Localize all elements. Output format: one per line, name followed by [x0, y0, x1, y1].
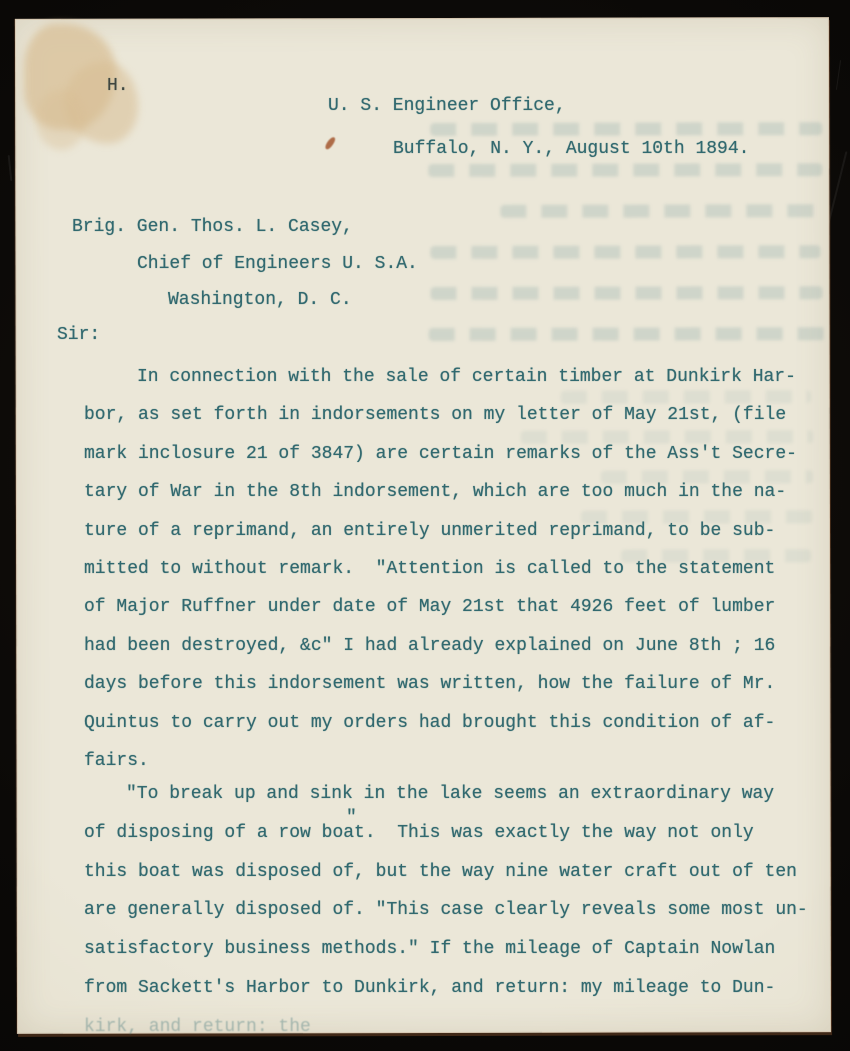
date-line: Buffalo, N. Y., August 10th 1894.: [393, 139, 749, 159]
typed-text-layer: H. U. S. Engineer Office, Buffalo, N. Y.…: [0, 0, 850, 1051]
typed-line: days before this indorsement was written…: [84, 674, 775, 694]
salutation: Sir:: [57, 325, 100, 345]
photo-backdrop: H. U. S. Engineer Office, Buffalo, N. Y.…: [0, 0, 850, 1051]
typed-line: fairs.: [84, 751, 149, 771]
typed-line: this boat was disposed of, but the way n…: [84, 862, 797, 882]
office-line: U. S. Engineer Office,: [328, 96, 566, 116]
typed-line: bor, as set forth in indorsements on my …: [84, 405, 786, 425]
typed-line: tary of War in the 8th indorsement, whic…: [84, 482, 786, 502]
typed-line: are generally disposed of. "This case cl…: [84, 900, 808, 920]
typed-line: from Sackett's Harbor to Dunkirk, and re…: [84, 978, 775, 998]
typed-line: of Major Ruffner under date of May 21st …: [84, 597, 775, 617]
recipient-title: Chief of Engineers U. S.A.: [137, 254, 418, 274]
file-tag: H.: [107, 76, 129, 96]
typed-line: mitted to without remark. "Attention is …: [84, 559, 775, 579]
typed-line: mark inclosure 21 of 3847) are certain r…: [84, 444, 797, 464]
typed-line: "To break up and sink in the lake seems …: [126, 784, 774, 804]
inserted-quote-mark: ″: [346, 808, 357, 828]
recipient-city: Washington, D. C.: [168, 290, 352, 310]
typed-line: had been destroyed, &c" I had already ex…: [84, 636, 775, 656]
typed-line: ture of a reprimand, an entirely unmerit…: [84, 521, 775, 541]
recipient-name: Brig. Gen. Thos. L. Casey,: [72, 217, 353, 237]
typed-line: In connection with the sale of certain t…: [137, 367, 796, 387]
typed-line: kirk, and return: the: [84, 1017, 311, 1037]
typed-line: of disposing of a row boat. This was exa…: [84, 823, 754, 843]
typed-line: Quintus to carry out my orders had broug…: [84, 713, 775, 733]
typed-line: satisfactory business methods." If the m…: [84, 939, 775, 959]
